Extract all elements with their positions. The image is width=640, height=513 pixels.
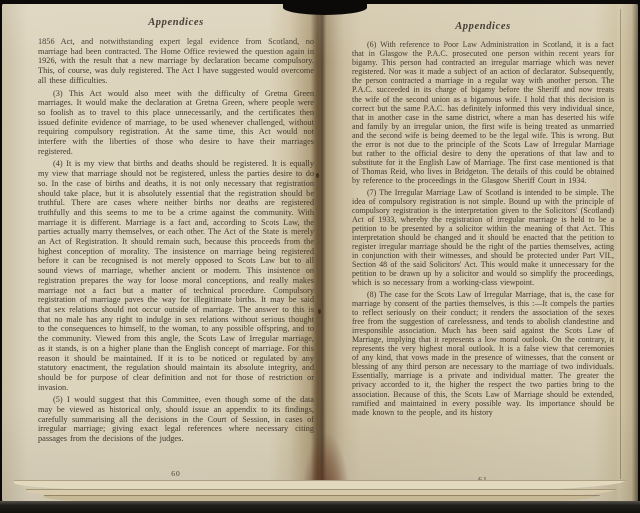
left-page-header: Appendices bbox=[38, 17, 314, 28]
page-speck bbox=[316, 173, 319, 178]
paragraph: (7) The Irregular Marriage Law of Scotla… bbox=[352, 188, 614, 288]
paragraph: (4) It is my view that births and deaths… bbox=[38, 159, 314, 392]
paragraph: (6) With reference to Poor Law Administr… bbox=[352, 40, 614, 186]
table-surface bbox=[0, 501, 640, 513]
open-book: Appendices 1856 Act, and notwithstanding… bbox=[2, 3, 638, 505]
paragraph: (3) This Act would also meet with the di… bbox=[38, 89, 314, 157]
paragraph: 1856 Act, and notwithstanding expert leg… bbox=[38, 37, 314, 86]
left-page-text: 1856 Act, and notwithstanding expert leg… bbox=[38, 37, 314, 444]
paragraph: (8) The case for the Scots Law of Irregu… bbox=[352, 290, 614, 417]
gutter-top-shadow bbox=[283, 0, 367, 15]
page-speck bbox=[318, 309, 321, 314]
paragraph: (5) I would suggest that this Committee,… bbox=[38, 395, 314, 444]
book-scan-photo: Appendices 1856 Act, and notwithstanding… bbox=[0, 0, 640, 513]
right-page: Appendices (6) With reference to Poor La… bbox=[352, 21, 614, 491]
page-fore-edge bbox=[620, 9, 621, 479]
right-page-header: Appendices bbox=[352, 21, 614, 32]
left-page-number: 60 bbox=[38, 469, 314, 478]
right-page-text: (6) With reference to Poor Law Administr… bbox=[352, 40, 614, 417]
left-page: Appendices 1856 Act, and notwithstanding… bbox=[38, 17, 314, 487]
